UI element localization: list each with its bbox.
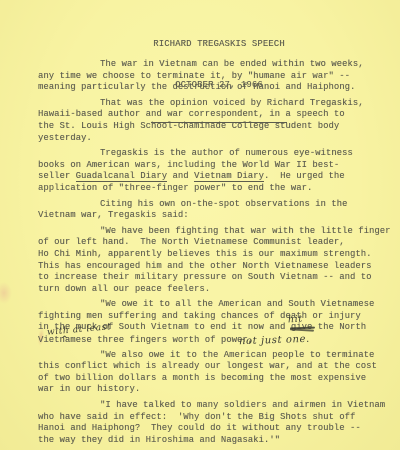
paragraph: That was the opinion voiced by Richard T… <box>38 98 378 144</box>
underlined-book-title: Vietnam Diary <box>194 171 264 182</box>
typed-text: Ho Chi Minh, apparently believes this is… <box>38 249 372 259</box>
document-sheet: RICHARD TREGASKIS SPEECH OCTOBER 27, 196… <box>0 0 400 450</box>
typed-text: the St. Louis High School-Chaminade Coll… <box>38 121 339 131</box>
text-line: "We also owe it to the American people t… <box>38 350 378 362</box>
text-line: The war in Vietnam can be ended within t… <box>38 59 378 71</box>
handwritten-note: not just one. <box>239 334 310 348</box>
paragraph: The war in Vietnam can be ended within t… <box>38 59 378 94</box>
typed-text: Tregaskis is the author of numerous eye-… <box>100 148 353 158</box>
typed-text: Hawaii-based author and war corresponden… <box>38 109 345 119</box>
text-line: books on American wars, including the Wo… <box>38 160 378 172</box>
typed-text: of two billion dollars a month is becomi… <box>38 373 366 383</box>
text-line: turn down all our peace feelers. <box>38 284 378 296</box>
text-line: who have said in effect: 'Why don't the … <box>38 412 378 424</box>
typed-text: fighting men suffering and taking chance… <box>38 311 361 321</box>
paragraph: "I have talked to many soldiers and airm… <box>38 400 378 446</box>
typed-text: any time we choose to terminate it, by "… <box>38 71 350 81</box>
text-line: "We have been fighting that war with the… <box>38 226 378 238</box>
typed-text: war in our history. <box>38 384 140 394</box>
typed-text: That was the opinion voiced by Richard T… <box>100 98 364 108</box>
typed-text: Citing his own on-the-spot observations … <box>100 199 347 209</box>
typed-text: application of "three-finger power" to e… <box>38 183 312 193</box>
typed-text: and <box>167 171 194 181</box>
paper-smudge <box>0 282 12 304</box>
text-line: "We owe it to all the American and South… <box>38 299 378 311</box>
typed-text: yesterday. <box>38 133 92 143</box>
text-line: the way they did in Hiroshima and Nagasa… <box>38 435 378 447</box>
paragraph: "We have been fighting that war with the… <box>38 226 378 296</box>
text-line: Hanoi and Haiphong? They could do it wit… <box>38 423 378 435</box>
text-line: "I have talked to many soldiers and airm… <box>38 400 378 412</box>
text-line: of two billion dollars a month is becomi… <box>38 373 378 385</box>
typed-text: who have said in effect: 'Why don't the … <box>38 412 355 422</box>
paragraph: Citing his own on-the-spot observations … <box>38 199 378 222</box>
text-line: seller Guadalcanal Diary and Vietnam Dia… <box>38 171 378 183</box>
text-line: war in our history. <box>38 384 378 396</box>
typed-text: . He urged the <box>264 171 345 181</box>
text-line: any time we choose to terminate it, by "… <box>38 71 378 83</box>
title-line-1: RICHARD TREGASKIS SPEECH <box>153 38 285 52</box>
typed-text: This has encouraged him and the other No… <box>38 261 372 271</box>
document-body: The war in Vietnam can be ended within t… <box>38 59 378 450</box>
underlined-book-title: Guadalcanal Diary <box>76 171 167 182</box>
text-line: Hawaii-based author and war corresponden… <box>38 109 378 121</box>
typed-text: the way they did in Hiroshima and Nagasa… <box>38 435 280 445</box>
paragraph: "We owe it to all the American and South… <box>38 299 378 345</box>
typed-text: three fingers worth of power, <box>97 335 253 345</box>
typed-text: the North <box>312 322 366 332</box>
text-line: this conflict which is already our longe… <box>38 361 378 373</box>
insertion-caret: ^ <box>61 334 68 346</box>
typed-text: "We also owe it to the American people t… <box>100 350 374 360</box>
typed-text: Hanoi and Haiphong? They could do it wit… <box>38 423 361 433</box>
text-line: meaning particularly the destruction of … <box>38 82 378 94</box>
text-line: yesterday. <box>38 133 378 145</box>
typed-text: books on American wars, including the Wo… <box>38 160 339 170</box>
typed-text: this conflict which is already our longe… <box>38 361 377 371</box>
text-line: Tregaskis is the author of numerous eye-… <box>38 148 378 160</box>
text-line: the St. Louis High School-Chaminade Coll… <box>38 121 378 133</box>
text-line: This has encouraged him and the other No… <box>38 261 378 273</box>
text-line: application of "three-finger power" to e… <box>38 183 378 195</box>
typed-text: "We owe it to all the American and South… <box>100 299 374 309</box>
text-line: Ho Chi Minh, apparently believes this is… <box>38 249 378 261</box>
text-line: fighting men suffering and taking chance… <box>38 311 378 323</box>
typed-text: "We have been fighting that war with the… <box>100 226 390 236</box>
text-line: of our left hand. The North Vietnamese C… <box>38 237 378 249</box>
typed-text: seller <box>38 171 76 181</box>
text-line: Vietnam war, Tregaskis said: <box>38 210 378 222</box>
text-line: Citing his own on-the-spot observations … <box>38 199 378 211</box>
paragraph: "We also owe it to the American people t… <box>38 350 378 396</box>
text-line: That was the opinion voiced by Richard T… <box>38 98 378 110</box>
typed-text: of our left hand. The North Vietnamese C… <box>38 237 345 247</box>
handwritten-correction: hit <box>288 313 304 326</box>
typed-text: turn down all our peace feelers. <box>38 284 210 294</box>
typed-text: meaning particularly the destruction of … <box>38 82 355 92</box>
paragraph: Tregaskis is the author of numerous eye-… <box>38 148 378 194</box>
typed-text: The war in Vietnam can be ended within t… <box>100 59 364 69</box>
text-line: to increase their military pressure on S… <box>38 272 378 284</box>
text-line: Vietnamese with at least^three fingers w… <box>38 334 378 346</box>
typed-text: "I have talked to many soldiers and airm… <box>100 400 385 410</box>
typed-text: Vietnam war, Tregaskis said: <box>38 210 189 220</box>
typed-text: to increase their military pressure on S… <box>38 272 372 282</box>
